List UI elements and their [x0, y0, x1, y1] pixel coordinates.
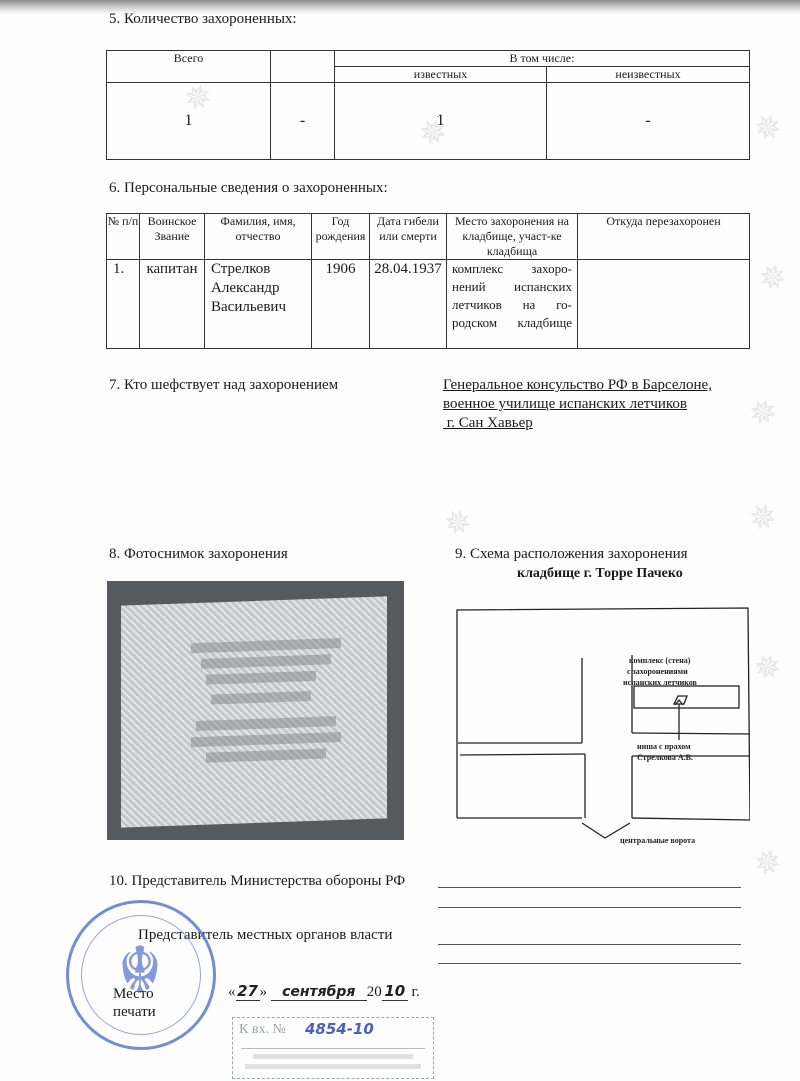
watermark-icon: ✵ [743, 103, 795, 155]
header-unknown: неизвестных [547, 67, 750, 83]
value-blank: - [271, 83, 335, 160]
niche-label-line: ниша с прахом [637, 742, 691, 751]
stamp-place-line: печати [113, 1003, 156, 1021]
personal-data-table: № п/п Воинское Звание Фамилия, имя, отче… [106, 213, 750, 349]
stamp-place-label: Место печати [113, 985, 156, 1021]
name-line: Стрелков [211, 260, 311, 279]
header-blank [271, 51, 335, 83]
section7-label: 7. Кто шефствует над захоронением [109, 377, 338, 394]
inscription-line [191, 732, 341, 747]
gravestone-photo [107, 581, 404, 840]
complex-label-line: испанских летчиков [623, 678, 698, 687]
section6-title: 6. Персональные сведения о захороненных: [109, 180, 388, 197]
gate-label: центральные ворота [620, 836, 695, 845]
col-header-death: Дата гибели или смерти [370, 214, 447, 260]
year-prefix: 20 [367, 984, 382, 1000]
date-day: 27 [236, 982, 260, 1001]
signature-line [438, 963, 741, 964]
section9-label: 9. Схема расположения захоронения [455, 546, 688, 563]
patron-line: Генеральное консульство РФ в Барселоне, [443, 376, 712, 395]
cell-name: Стрелков Александр Васильевич [205, 260, 312, 349]
section8-label: 8. Фотоснимок захоронения [109, 546, 288, 563]
complex-label-line: с захоронениями [627, 667, 688, 676]
col-header-from: Откуда перезахоронен [578, 214, 750, 260]
watermark-icon: ✵ [738, 493, 790, 545]
niche-label-line: Стрелкова А.В. [637, 753, 693, 762]
watermark-icon: ✵ [748, 253, 800, 305]
incoming-registration-stamp: К вх. № 4854-10 [232, 1017, 434, 1079]
date-month: сентября [271, 984, 367, 1001]
section7-value: Генеральное консульство РФ в Барселоне, … [443, 376, 712, 433]
gravestone-slab [121, 596, 387, 827]
incoming-prefix: К вх. № [239, 1022, 286, 1038]
col-header-birth: Год рождения [312, 214, 370, 260]
value-unknown: - [547, 83, 750, 160]
section9-subtitle: кладбище г. Торре Пачеко [517, 566, 683, 582]
inscription-line [191, 638, 341, 653]
stamp-place-line: Место [113, 985, 156, 1003]
name-line: Александр [211, 279, 311, 298]
stamp-faded-text [245, 1064, 421, 1069]
signature-line [438, 907, 741, 908]
header-including: В том числе: [335, 51, 750, 67]
burials-count-table: Всего В том числе: известных неизвестных… [106, 50, 750, 160]
date-year-suffix: 10 [382, 982, 408, 1001]
cemetery-scheme: комплекс (стена) с захоронениями испанск… [450, 600, 750, 850]
watermark-icon: ✵ [738, 388, 790, 440]
quote-close: » [260, 984, 268, 1000]
value-total: 1 [107, 83, 271, 160]
inscription-line [196, 716, 336, 731]
cell-death: 28.04.1937 [370, 260, 447, 349]
cell-rank: капитан [140, 260, 205, 349]
header-total: Всего [107, 51, 271, 83]
mod-representative-label: 10. Представитель Министерства обороны Р… [109, 873, 405, 890]
col-header-name: Фамилия, имя, отчество [205, 214, 312, 260]
inscription-line [206, 748, 326, 762]
date-line: «27» сентября2010 г. [228, 982, 420, 1001]
inscription-line [201, 654, 331, 669]
watermark-icon: ✵ [743, 838, 795, 890]
cell-num: 1. [107, 260, 140, 349]
place-line: нений испанских [447, 278, 577, 296]
signature-line [438, 887, 741, 888]
incoming-number: 4854-10 [305, 1020, 374, 1038]
quote-open: « [228, 984, 236, 1000]
patron-line: г. Сан Хавьер [443, 414, 712, 433]
official-stamp: ☬ [66, 900, 216, 1050]
watermark-icon: ✵ [743, 643, 795, 695]
value-known: 1 [335, 83, 547, 160]
cell-reburied-from [578, 260, 750, 349]
stamp-divider [241, 1048, 425, 1049]
complex-label-line: комплекс (стена) [629, 656, 691, 665]
section5-title: 5. Количество захороненных: [109, 11, 297, 28]
col-header-num: № п/п [107, 214, 140, 260]
year-unit: г. [412, 984, 420, 1000]
inscription-line [211, 691, 311, 704]
name-line: Васильевич [211, 298, 311, 317]
table-row: 1. капитан Стрелков Александр Васильевич… [107, 260, 750, 349]
cell-birth: 1906 [312, 260, 370, 349]
place-line: летчиков на го- [447, 296, 577, 314]
signature-line [438, 944, 741, 945]
cell-place: комплекс захоро- нений испанских летчико… [447, 260, 578, 349]
header-known: известных [335, 67, 547, 83]
col-header-rank: Воинское Звание [140, 214, 205, 260]
place-line: родском кладбище [447, 314, 577, 332]
patron-line: военное училище испанских летчиков [443, 395, 712, 414]
stamp-faded-text [253, 1054, 413, 1059]
place-line: комплекс захоро- [447, 260, 577, 278]
inscription-line [206, 671, 316, 685]
col-header-place: Место захоронения на кладбище, участ-ке … [447, 214, 578, 260]
watermark-icon: ✵ [433, 498, 485, 550]
